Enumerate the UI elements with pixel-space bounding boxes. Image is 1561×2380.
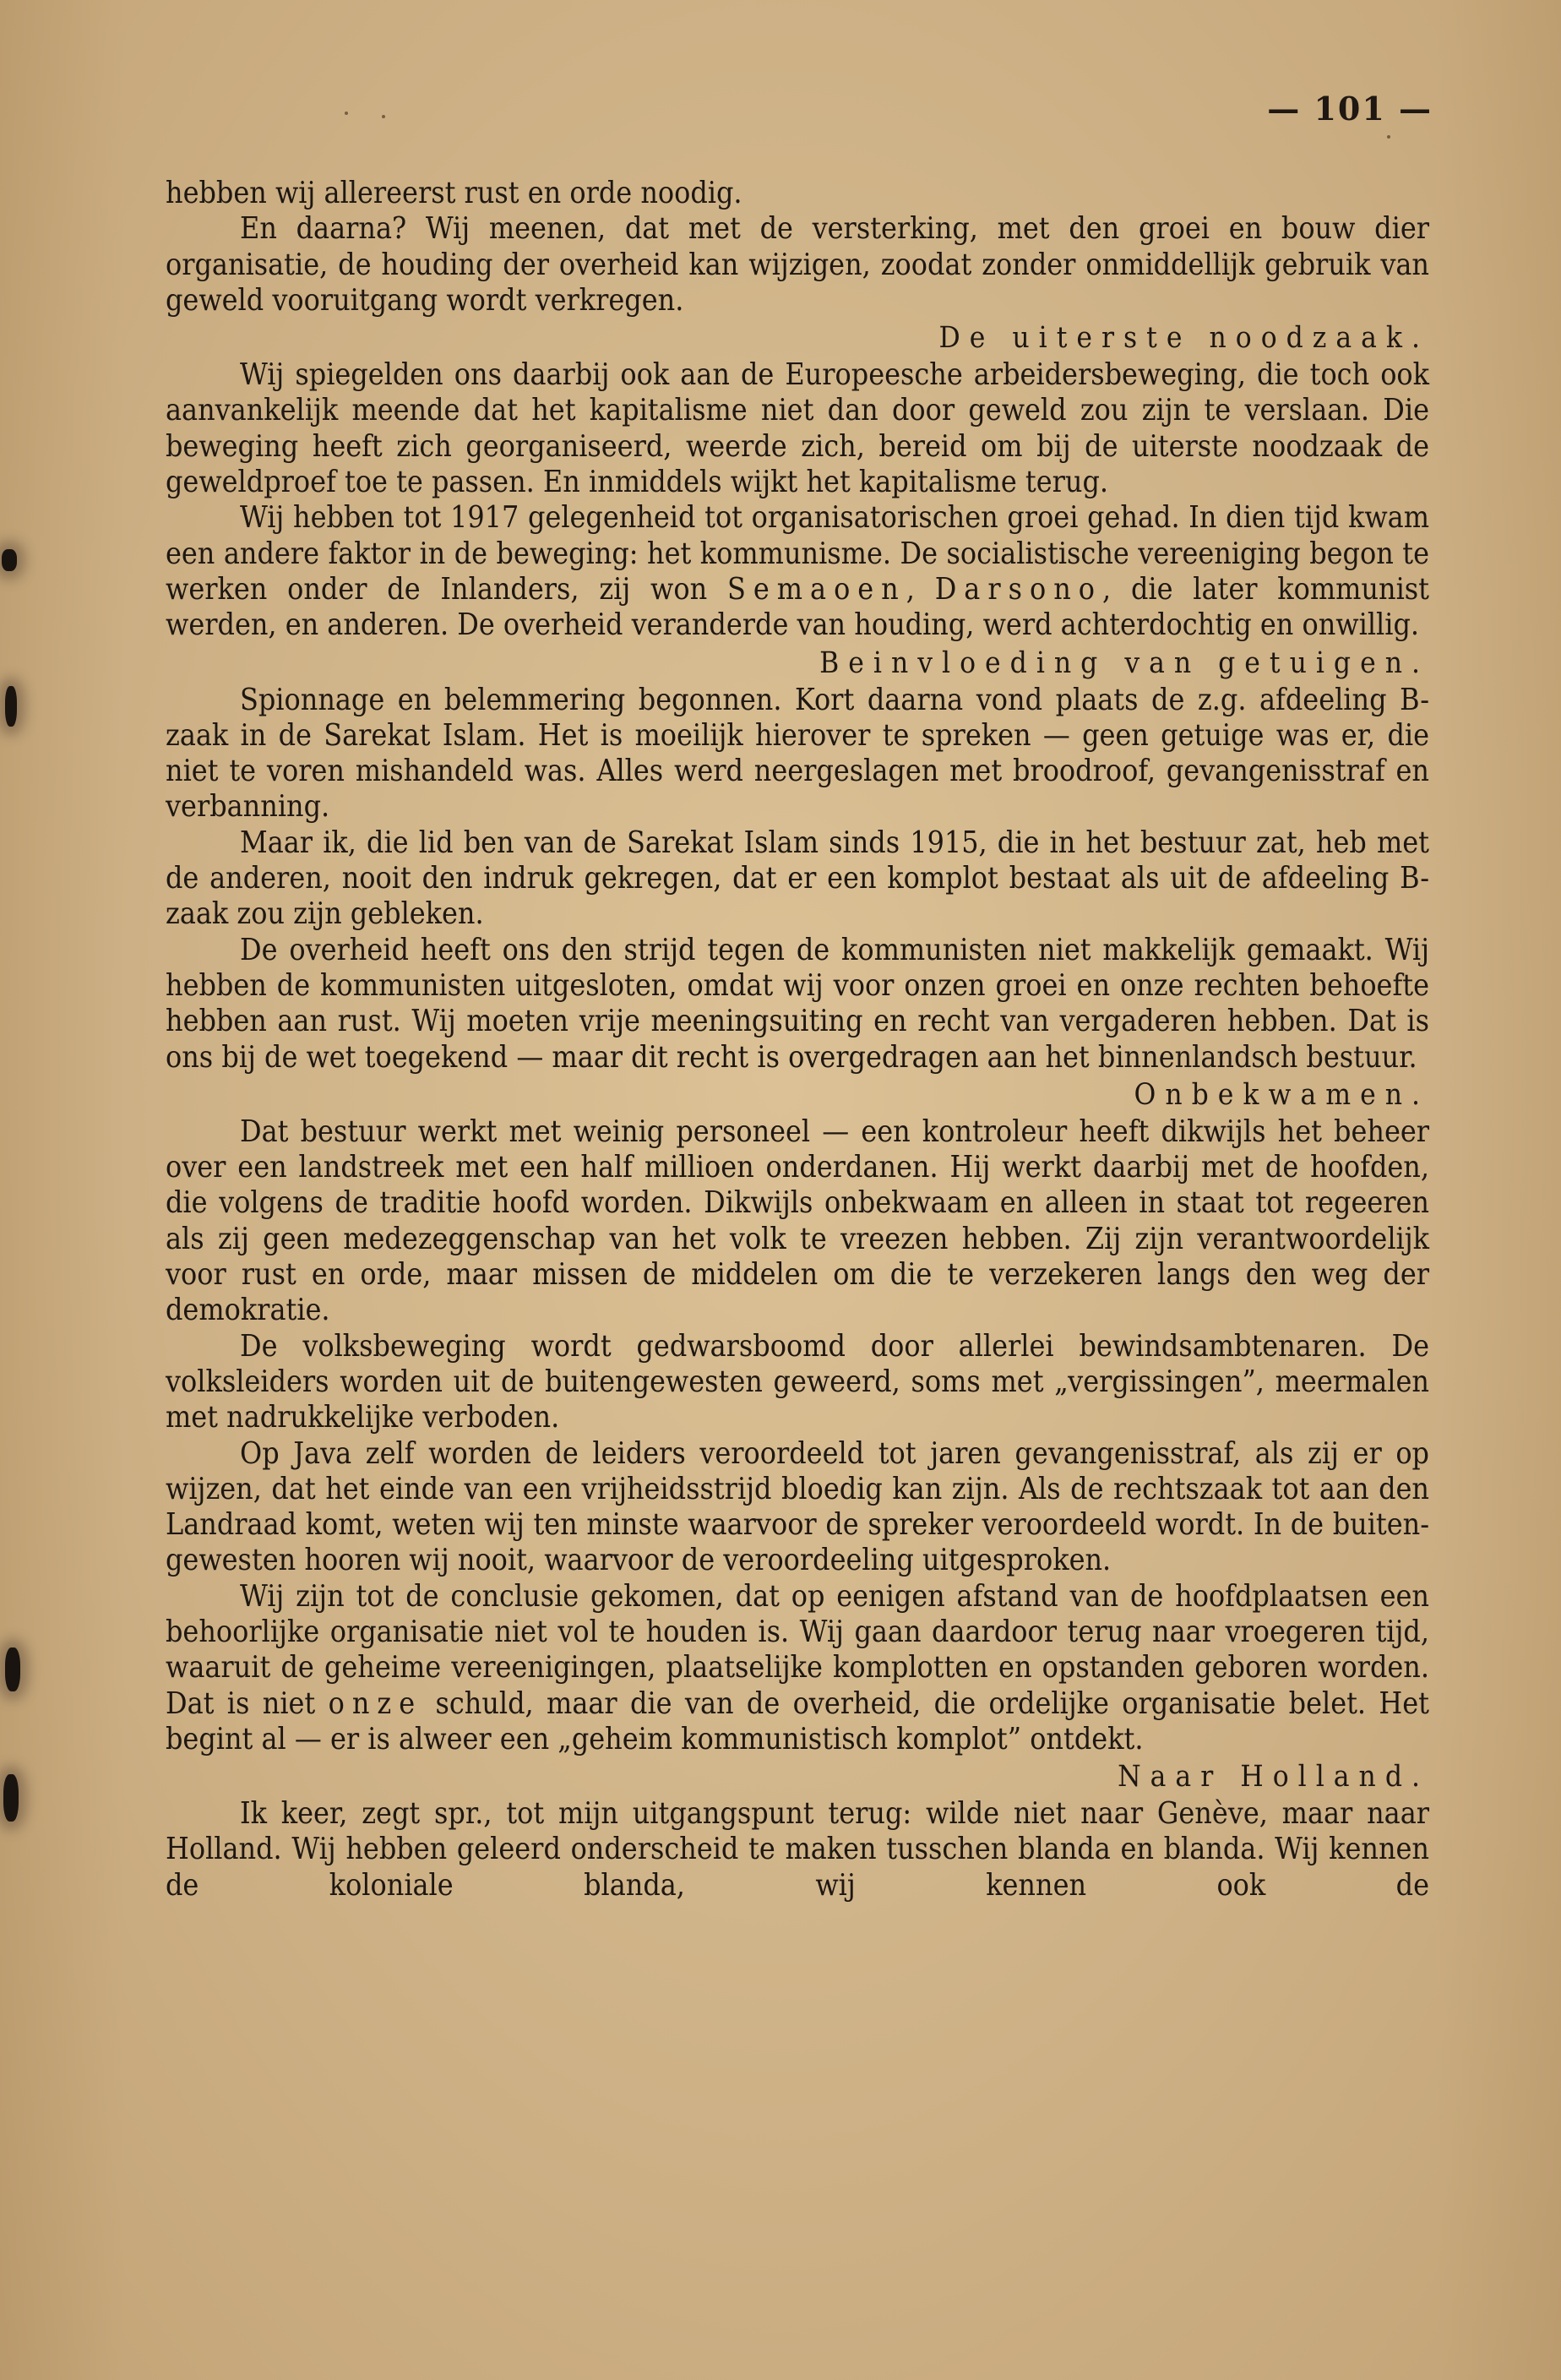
article-body: hebben wij allereerst rust en orde noodi… xyxy=(166,176,1429,1903)
paragraph: Maar ik, die lid ben van de Sarekat Isla… xyxy=(166,825,1429,933)
section-heading: Beinvloeding van getuigen. xyxy=(166,644,1429,683)
paragraph: hebben wij allereerst rust en orde noodi… xyxy=(166,176,1429,211)
section-heading: De uiterste noodzaak. xyxy=(166,319,1429,357)
paragraph: En daarna? Wij meenen, dat met de verste… xyxy=(166,211,1429,319)
page-number: — 101 — xyxy=(1267,90,1433,128)
paragraph: Wij spiegelden ons daarbij ook aan de Eu… xyxy=(166,357,1429,500)
paper-speck xyxy=(1387,135,1390,139)
binding-hole-mark xyxy=(2,549,17,571)
paragraph: Wij hebben tot 1917 gelegenheid tot orga… xyxy=(166,500,1429,643)
binding-hole-mark xyxy=(5,1647,20,1691)
paper-speck xyxy=(345,112,348,115)
paragraph: Dat bestuur werkt met weinig personeel —… xyxy=(166,1114,1429,1329)
separator: , xyxy=(906,572,935,607)
person-name: Darsono xyxy=(935,572,1102,607)
paragraph: Spionnage en belemmering begonnen. Kort … xyxy=(166,683,1429,825)
binding-hole-mark xyxy=(3,1774,19,1822)
paragraph: Ik keer, zegt spr., tot mijn uitgangspun… xyxy=(166,1796,1429,1903)
paragraph: De volksbeweging wordt gedwarsboomd door… xyxy=(166,1329,1429,1436)
emphasized-word: onze xyxy=(329,1686,423,1721)
paragraph: Wij zijn tot de conclusie gekomen, dat o… xyxy=(166,1579,1429,1757)
section-heading: Onbekwamen. xyxy=(166,1076,1429,1114)
section-heading: Naar Holland. xyxy=(166,1757,1429,1796)
paragraph: De overheid heeft ons den strijd tegen d… xyxy=(166,933,1429,1076)
paper-speck xyxy=(382,115,385,118)
binding-hole-mark xyxy=(5,686,17,727)
person-name: Semaoen xyxy=(727,572,906,607)
paragraph: Op Java zelf worden de leiders veroordee… xyxy=(166,1436,1429,1579)
